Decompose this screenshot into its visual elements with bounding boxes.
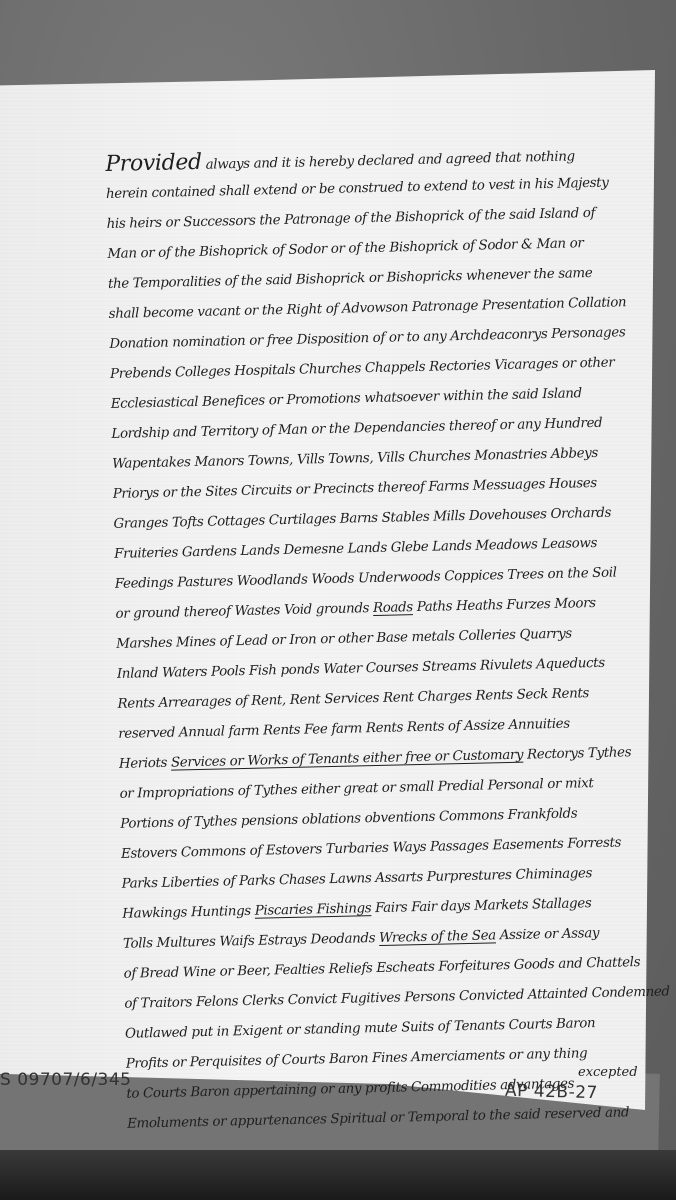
- underlined-phrase: Roads: [373, 600, 413, 616]
- underlined-phrase: Piscaries Fishings: [255, 901, 372, 919]
- underlined-phrase: Wrecks of the Sea: [379, 928, 496, 946]
- dark-surface: [0, 1150, 676, 1200]
- manuscript-text: Provided always and it is hereby declare…: [105, 138, 672, 1140]
- archive-reference-left: S 09707/6/345: [0, 1070, 132, 1090]
- drop-word: Provided: [105, 150, 202, 177]
- archive-reference-right: AP 42B-27: [505, 1081, 598, 1103]
- underlined-phrase: Services or Works of Tenants either free…: [171, 748, 524, 771]
- catchword: excepted: [578, 1065, 638, 1080]
